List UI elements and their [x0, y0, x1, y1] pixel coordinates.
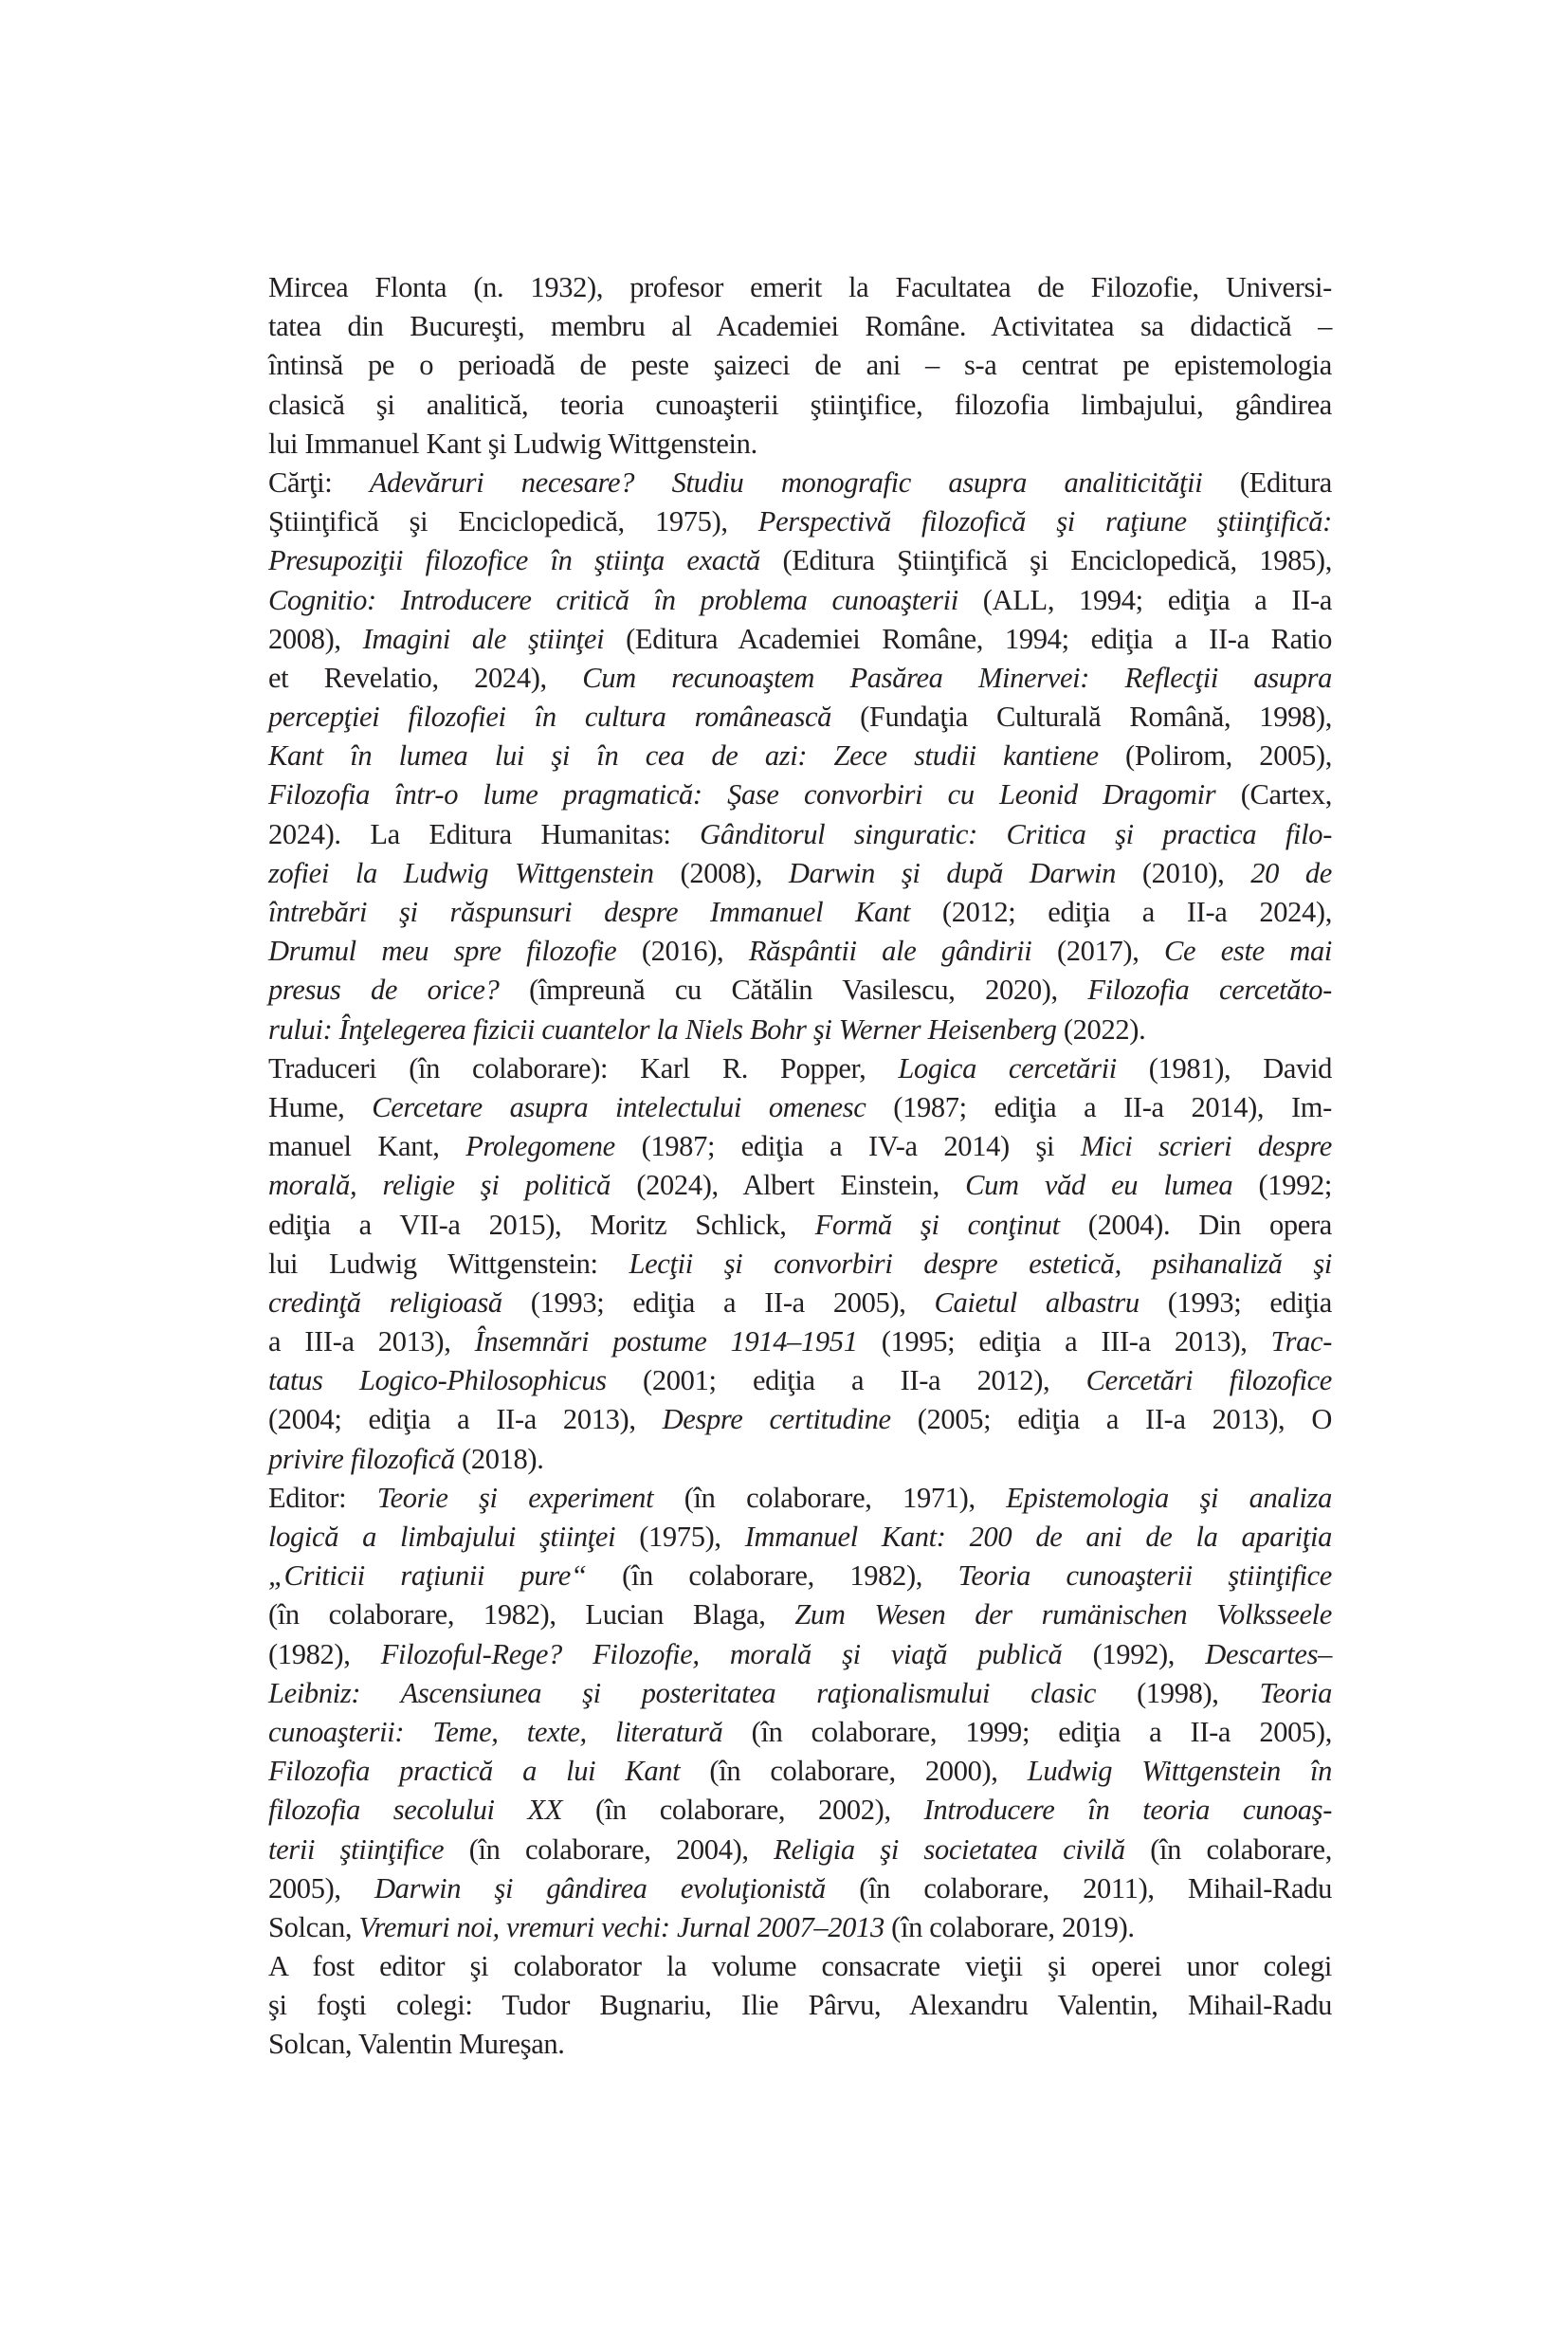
text-line: morală, religie şi politică (2024), Albe…	[268, 1166, 1332, 1205]
text-run: (împreună cu Cătălin Vasilescu, 2020),	[500, 974, 1088, 1006]
italic-title: Cercetare asupra intelectului omenesc	[372, 1091, 866, 1123]
text-run: (1992;	[1232, 1169, 1332, 1201]
text-line: Leibniz: Ascensiunea şi posteritatea raţ…	[268, 1674, 1332, 1713]
text-run: (ALL, 1994; ediţia a II-a	[958, 584, 1332, 616]
paragraph-editor: Editor: Teorie şi experiment (în colabor…	[268, 1479, 1332, 1947]
text-run: (Editura	[1202, 466, 1332, 499]
text-run: (Polirom, 2005),	[1099, 739, 1332, 772]
text-line: 2024). La Editura Humanitas: Gânditorul …	[268, 815, 1332, 854]
italic-title: zofiei la Ludwig Wittgenstein	[268, 857, 654, 889]
text-line: (1982), Filozoful-Rege? Filozofie, moral…	[268, 1635, 1332, 1674]
italic-title: 20 de	[1250, 857, 1332, 889]
text-line: percepţiei filozofiei în cultura românea…	[268, 698, 1332, 737]
italic-title: Cognitio: Introducere critică în problem…	[268, 584, 958, 616]
italic-title: Kant în lumea lui şi în cea de azi: Zece…	[268, 739, 1099, 772]
italic-title: Cum văd eu lumea	[965, 1169, 1232, 1201]
italic-title: Cercetări filozofice	[1086, 1364, 1332, 1396]
text-run: (1982),	[268, 1638, 381, 1670]
italic-title: Introducere în teoria cunoaş-	[924, 1794, 1332, 1826]
text-run: ediţia a VII-a 2015), Moritz Schlick,	[268, 1209, 815, 1241]
text-run: Editor:	[268, 1482, 377, 1514]
text-line: „Criticii raţiunii pure“ (în colaborare,…	[268, 1557, 1332, 1595]
text-run: lui Immanuel Kant şi Ludwig Wittgenstein…	[268, 428, 757, 460]
text-run: (în colaborare, 1982),	[587, 1559, 958, 1592]
text-run: a III-a 2013),	[268, 1325, 475, 1358]
text-run: A fost editor şi colaborator la volume c…	[268, 1950, 1332, 1982]
italic-title: Adevăruri necesare? Studiu monografic as…	[370, 466, 1203, 499]
italic-title: Leibniz: Ascensiunea şi posteritatea raţ…	[268, 1677, 1096, 1709]
italic-title: Darwin şi gândirea evoluţionistă	[374, 1872, 826, 1904]
italic-title: Perspectivă filozofică şi raţiune ştiinţ…	[758, 505, 1332, 538]
text-line: ediţia a VII-a 2015), Moritz Schlick, Fo…	[268, 1206, 1332, 1245]
text-line: (în colaborare, 1982), Lucian Blaga, Zum…	[268, 1595, 1332, 1634]
italic-title: Immanuel Kant: 200 de ani de la apariţia	[745, 1521, 1332, 1553]
text-run: (Cartex,	[1215, 778, 1332, 811]
text-line: privire filozofică (2018).	[268, 1440, 1332, 1479]
italic-title: logică a limbajului ştiinţei	[268, 1521, 615, 1553]
text-line: presus de orice? (împreună cu Cătălin Va…	[268, 971, 1332, 1010]
text-line: Ştiinţifică şi Enciclopedică, 1975), Per…	[268, 502, 1332, 541]
italic-title: Vremuri noi, vremuri vechi: Jurnal 2007–…	[358, 1911, 884, 1943]
italic-title: Ce este mai	[1164, 935, 1332, 967]
text-line: terii ştiinţifice (în colaborare, 2004),…	[268, 1831, 1332, 1869]
italic-title: Mici scrieri despre	[1081, 1130, 1332, 1162]
text-run: (2012; ediţia a II-a 2024),	[910, 896, 1332, 928]
text-line: tatus Logico-Philosophicus (2001; ediţia…	[268, 1361, 1332, 1400]
italic-title: „Criticii raţiunii pure“	[268, 1559, 587, 1592]
text-line: lui Immanuel Kant şi Ludwig Wittgenstein…	[268, 425, 1332, 464]
italic-title: Imagini ale ştiinţei	[363, 623, 605, 655]
italic-title: Epistemologia şi analiza	[1006, 1482, 1332, 1514]
italic-title: Zum Wesen der rumänischen Volksseele	[794, 1598, 1332, 1631]
italic-title: presus de orice?	[268, 974, 500, 1006]
text-run: (în colaborare,	[1125, 1833, 1332, 1866]
italic-title: morală, religie şi politică	[268, 1169, 611, 1201]
italic-title: filozofia secolului XX	[268, 1794, 562, 1826]
italic-title: Filozofia practică a lui Kant	[268, 1755, 680, 1787]
text-run: (2017),	[1031, 935, 1164, 967]
italic-title: Descartes–	[1205, 1638, 1332, 1670]
text-line: întrebări şi răspunsuri despre Immanuel …	[268, 893, 1332, 932]
text-run: (2004; ediţia a II-a 2013),	[268, 1403, 663, 1435]
text-run: (în colaborare, 1999; ediţia a II-a 2005…	[722, 1716, 1332, 1748]
text-run: (2005; ediţia a II-a 2013), O	[891, 1403, 1332, 1435]
text-run: (1975),	[615, 1521, 745, 1553]
text-run: 2024). La Editura Humanitas:	[268, 818, 700, 850]
text-line: (2004; ediţia a II-a 2013), Despre certi…	[268, 1400, 1332, 1439]
text-run: (în colaborare, 1971),	[653, 1482, 1006, 1514]
text-line: Hume, Cercetare asupra intelectului omen…	[268, 1088, 1332, 1127]
italic-title: Teoria cunoaşterii ştiinţifice	[958, 1559, 1332, 1592]
text-run: (2018).	[455, 1443, 544, 1475]
italic-title: întrebări şi răspunsuri despre Immanuel …	[268, 896, 910, 928]
text-line: et Revelatio, 2024), Cum recunoaştem Pas…	[268, 659, 1332, 698]
italic-title: privire filozofică	[268, 1443, 455, 1475]
italic-title: Gânditorul singuratic: Critica şi practi…	[700, 818, 1332, 850]
italic-title: Teoria	[1260, 1677, 1332, 1709]
italic-title: Lecţii şi convorbiri despre estetică, ps…	[629, 1248, 1332, 1280]
italic-title: Presupoziţii filozofice în ştiinţa exact…	[268, 544, 760, 576]
italic-title: credinţă religioasă	[268, 1286, 502, 1319]
text-run: lui Ludwig Wittgenstein:	[268, 1248, 629, 1280]
text-line: clasică şi analitică, teoria cunoaşterii…	[268, 386, 1332, 425]
italic-title: Răspântii ale gândirii	[749, 935, 1032, 967]
text-line: credinţă religioasă (1993; ediţia a II-a…	[268, 1284, 1332, 1322]
paragraph-translations: Traduceri (în colaborare): Karl R. Poppe…	[268, 1049, 1332, 1479]
text-line: rului: Înţelegerea fizicii cuantelor la …	[268, 1011, 1332, 1049]
text-line: A fost editor şi colaborator la volume c…	[268, 1947, 1332, 1986]
text-line: Filozofia într-o lume pragmatică: Şase c…	[268, 775, 1332, 814]
italic-title: Filozoful-Rege? Filozofie, morală şi via…	[381, 1638, 1063, 1670]
text-run: (2004). Din opera	[1060, 1209, 1332, 1241]
text-run: (în colaborare, 1982), Lucian Blaga,	[268, 1598, 794, 1631]
text-line: Presupoziţii filozofice în ştiinţa exact…	[268, 541, 1332, 580]
italic-title: Darwin şi după Darwin	[789, 857, 1116, 889]
text-run: Solcan,	[268, 1911, 358, 1943]
text-line: a III-a 2013), Însemnări postume 1914–19…	[268, 1322, 1332, 1361]
text-run: Mircea Flonta (n. 1932), profesor emerit…	[268, 271, 1332, 303]
paragraph-contributor: A fost editor şi colaborator la volume c…	[268, 1947, 1332, 2065]
italic-title: Religia şi societatea civilă	[774, 1833, 1125, 1866]
text-line: zofiei la Ludwig Wittgenstein (2008), Da…	[268, 854, 1332, 893]
text-run: Ştiinţifică şi Enciclopedică, 1975),	[268, 505, 758, 538]
italic-title: Caietul albastru	[935, 1286, 1140, 1319]
text-line: Drumul meu spre filozofie (2016), Răspân…	[268, 932, 1332, 971]
author-biography: Mircea Flonta (n. 1932), profesor emerit…	[268, 268, 1332, 2065]
text-run: tatea din Bucureşti, membru al Academiei…	[268, 310, 1332, 342]
text-run: Cărţi:	[268, 466, 370, 499]
text-run: (Editura Ştiinţifică şi Enciclopedică, 1…	[760, 544, 1332, 576]
italic-title: Prolegomene	[465, 1130, 615, 1162]
italic-title: Filozofia cercetăto-	[1087, 974, 1332, 1006]
text-run: (Editura Academiei Române, 1994; ediţia …	[604, 623, 1332, 655]
text-run: 2008),	[268, 623, 363, 655]
text-line: cunoaşterii: Teme, texte, literatură (în…	[268, 1713, 1332, 1752]
text-run: (1981), David	[1117, 1052, 1332, 1084]
text-run: Hume,	[268, 1091, 372, 1123]
text-run: (2008),	[654, 857, 789, 889]
text-line: Kant în lumea lui şi în cea de azi: Zece…	[268, 737, 1332, 775]
text-line: întinsă pe o perioadă de peste şaizeci d…	[268, 346, 1332, 385]
text-line: 2005), Darwin şi gândirea evoluţionistă …	[268, 1869, 1332, 1908]
text-run: (1998),	[1096, 1677, 1259, 1709]
italic-title: Formă şi conţinut	[815, 1209, 1060, 1241]
italic-title: terii ştiinţifice	[268, 1833, 444, 1866]
italic-title: Teorie şi experiment	[377, 1482, 653, 1514]
italic-title: Cum recunoaştem Pasărea Minervei: Reflec…	[582, 662, 1332, 694]
text-run: (2016),	[616, 935, 749, 967]
text-run: (1987; ediţia a II-a 2014), Im-	[866, 1091, 1332, 1123]
italic-title: rului: Înţelegerea fizicii cuantelor la …	[268, 1013, 1057, 1046]
text-line: Mircea Flonta (n. 1932), profesor emerit…	[268, 268, 1332, 307]
italic-title: Logica cercetării	[898, 1052, 1117, 1084]
text-run: (în colaborare, 2011), Mihail-Radu	[826, 1872, 1332, 1904]
text-run: (1993; ediţia	[1140, 1286, 1332, 1319]
text-run: (2022).	[1057, 1013, 1146, 1046]
text-run: Solcan, Valentin Mureşan.	[268, 2028, 565, 2060]
text-line: Cărţi: Adevăruri necesare? Studiu monogr…	[268, 464, 1332, 502]
text-line: Cognitio: Introducere critică în problem…	[268, 581, 1332, 620]
italic-title: Filozofia într-o lume pragmatică: Şase c…	[268, 778, 1215, 811]
text-run: (în colaborare, 2000),	[680, 1755, 1027, 1787]
text-run: 2005),	[268, 1872, 374, 1904]
paragraph-books: Cărţi: Adevăruri necesare? Studiu monogr…	[268, 464, 1332, 1049]
text-line: logică a limbajului ştiinţei (1975), Imm…	[268, 1518, 1332, 1557]
text-line: Editor: Teorie şi experiment (în colabor…	[268, 1479, 1332, 1518]
text-run: (1993; ediţia a II-a 2005),	[502, 1286, 935, 1319]
text-run: şi foşti colegi: Tudor Bugnariu, Ilie Pâ…	[268, 1989, 1332, 2021]
text-line: Traduceri (în colaborare): Karl R. Poppe…	[268, 1049, 1332, 1088]
text-run: (2024), Albert Einstein,	[611, 1169, 965, 1201]
italic-title: cunoaşterii: Teme, texte, literatură	[268, 1716, 722, 1748]
text-line: şi foşti colegi: Tudor Bugnariu, Ilie Pâ…	[268, 1986, 1332, 2025]
book-page: Mircea Flonta (n. 1932), profesor emerit…	[0, 0, 1568, 2351]
italic-title: Însemnări postume 1914–1951	[475, 1325, 858, 1358]
italic-title: percepţiei filozofiei în cultura românea…	[268, 701, 831, 733]
text-line: Filozofia practică a lui Kant (în colabo…	[268, 1752, 1332, 1791]
text-line: tatea din Bucureşti, membru al Academiei…	[268, 307, 1332, 346]
italic-title: tatus Logico-Philosophicus	[268, 1364, 607, 1396]
text-run: (2010),	[1116, 857, 1250, 889]
text-run: (1992),	[1062, 1638, 1205, 1670]
text-run: clasică şi analitică, teoria cunoaşterii…	[268, 389, 1332, 421]
text-run: (Fundaţia Culturală Română, 1998),	[831, 701, 1332, 733]
text-run: et Revelatio, 2024),	[268, 662, 582, 694]
text-run: Traduceri (în colaborare): Karl R. Poppe…	[268, 1052, 898, 1084]
text-run: (în colaborare, 2019).	[884, 1911, 1135, 1943]
text-run: (1987; ediţia a IV-a 2014) şi	[615, 1130, 1081, 1162]
paragraph-bio: Mircea Flonta (n. 1932), profesor emerit…	[268, 268, 1332, 464]
text-run: (în colaborare, 2002),	[562, 1794, 923, 1826]
text-line: 2008), Imagini ale ştiinţei (Editura Aca…	[268, 620, 1332, 659]
italic-title: Despre certitudine	[663, 1403, 891, 1435]
text-run: (1995; ediţia a III-a 2013),	[858, 1325, 1271, 1358]
text-run: întinsă pe o perioadă de peste şaizeci d…	[268, 349, 1332, 381]
italic-title: Drumul meu spre filozofie	[268, 935, 616, 967]
italic-title: Trac-	[1271, 1325, 1332, 1358]
text-line: Solcan, Valentin Mureşan.	[268, 2025, 1332, 2064]
text-line: filozofia secolului XX (în colaborare, 2…	[268, 1791, 1332, 1830]
text-run: manuel Kant,	[268, 1130, 465, 1162]
text-line: Solcan, Vremuri noi, vremuri vechi: Jurn…	[268, 1908, 1332, 1947]
text-line: lui Ludwig Wittgenstein: Lecţii şi convo…	[268, 1245, 1332, 1284]
text-line: manuel Kant, Prolegomene (1987; ediţia a…	[268, 1127, 1332, 1166]
text-run: (în colaborare, 2004),	[444, 1833, 774, 1866]
text-run: (2001; ediţia a II-a 2012),	[607, 1364, 1086, 1396]
italic-title: Ludwig Wittgenstein în	[1028, 1755, 1332, 1787]
